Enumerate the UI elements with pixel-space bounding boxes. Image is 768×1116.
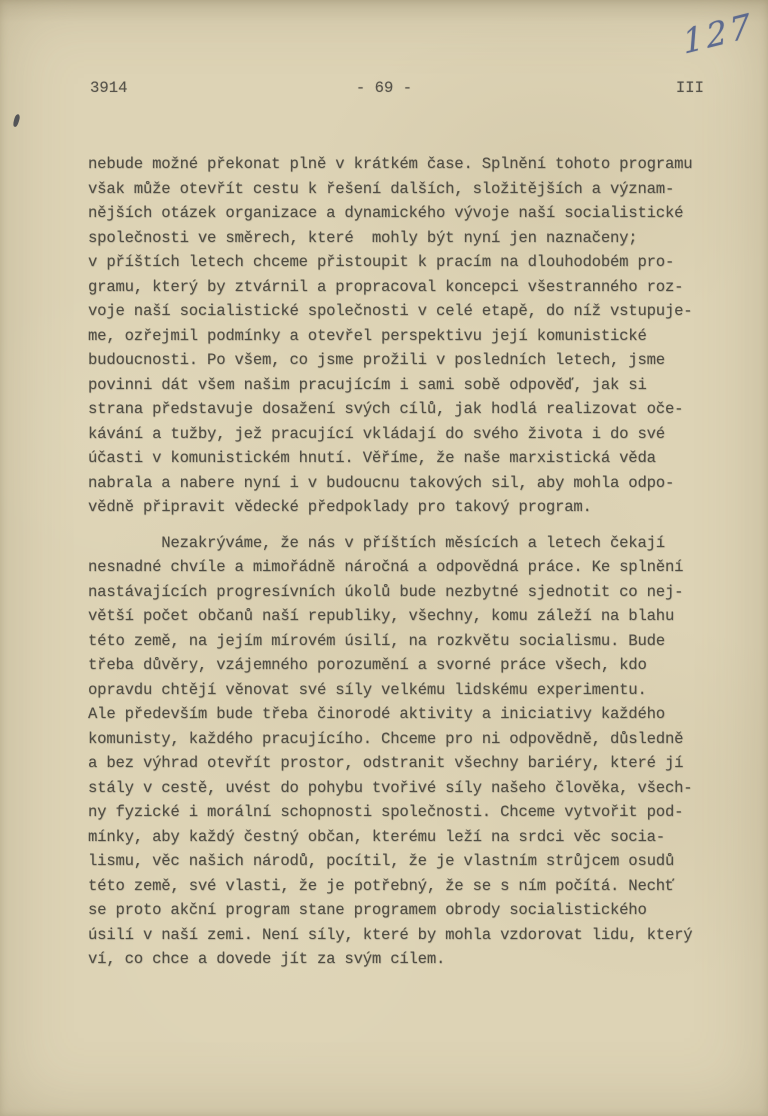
- paragraph-1: nebude možné překonat plně v krátkém čas…: [88, 152, 732, 520]
- page-header: 3914 - 69 - III: [0, 79, 768, 99]
- header-section-number: III: [676, 79, 704, 97]
- header-document-number: 3914: [90, 79, 127, 97]
- document-body: nebude možné překonat plně v krátkém čas…: [88, 152, 732, 972]
- scanned-document-page: 127 3914 - 69 - III nebude možné překona…: [0, 0, 768, 1116]
- handwritten-page-number: 127: [681, 5, 755, 62]
- header-page-number: - 69 -: [356, 79, 412, 97]
- paragraph-2: Nezakrýváme, že nás v příštích měsících …: [88, 531, 732, 972]
- stray-ink-mark: [12, 114, 20, 128]
